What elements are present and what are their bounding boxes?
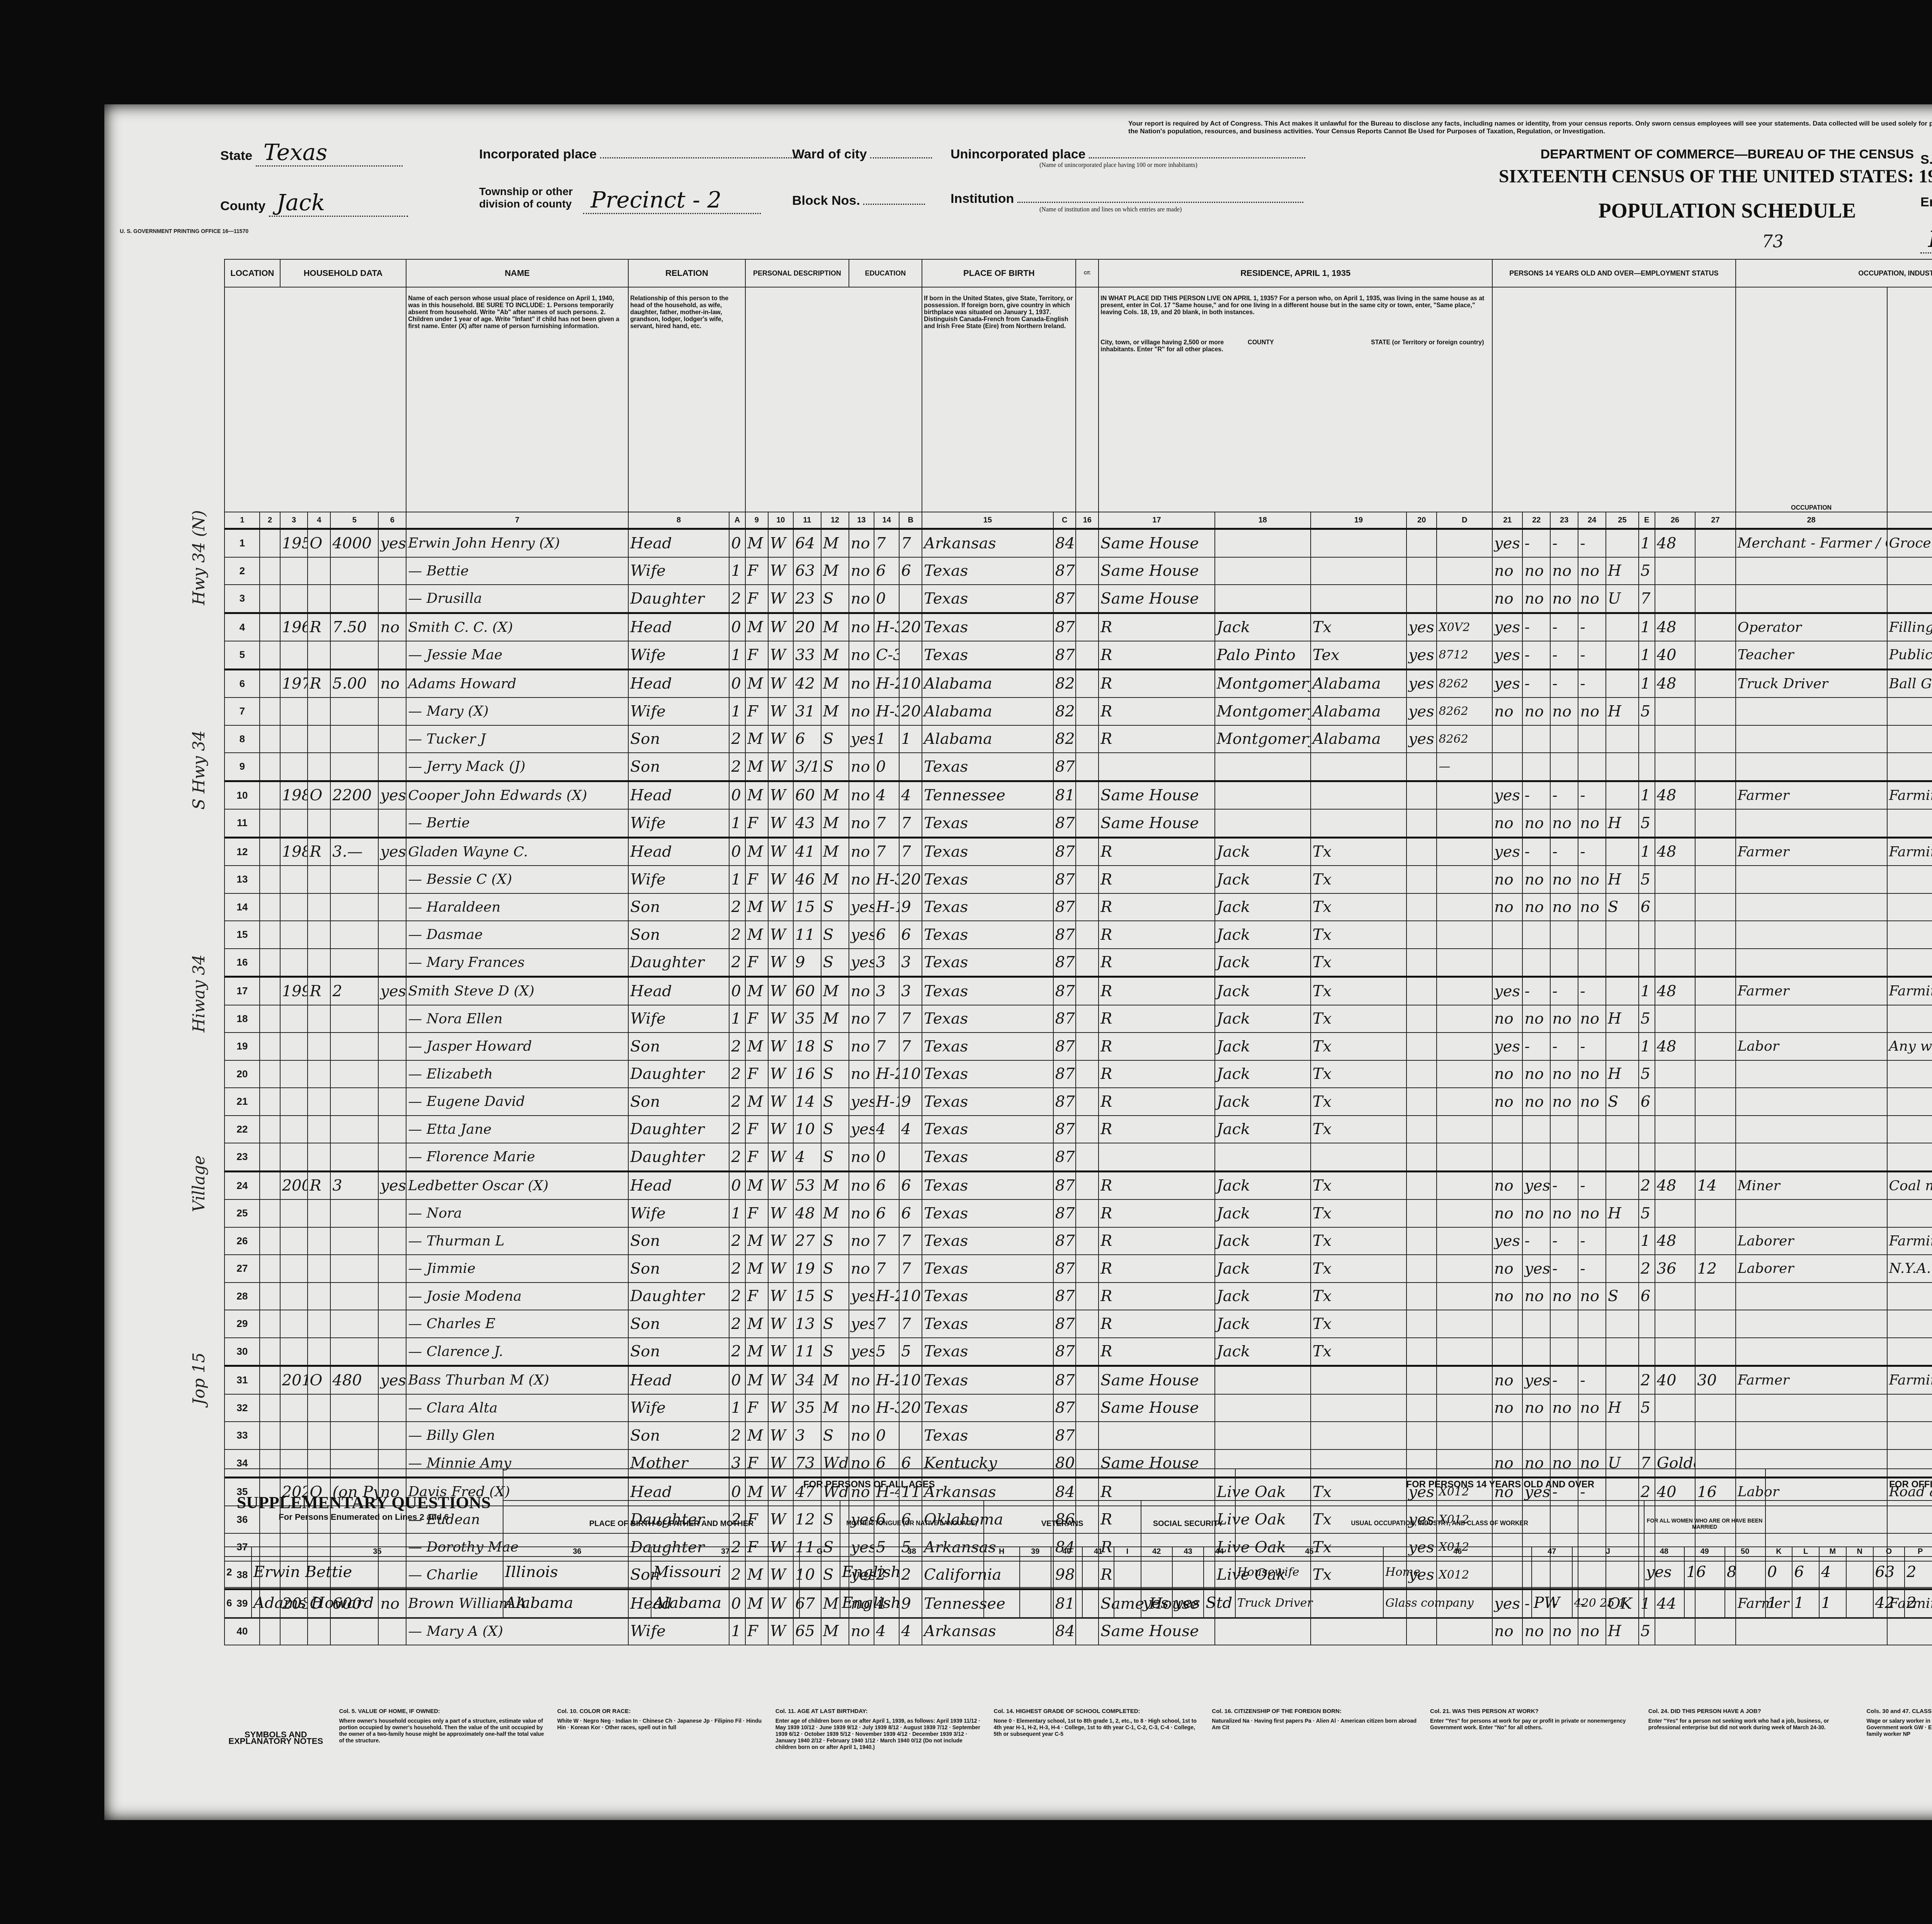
cell-street	[260, 1171, 280, 1199]
cell-race: W	[768, 809, 793, 837]
cell-a: 2	[729, 1255, 745, 1283]
table-row: 7— Mary (X)Wife1FW31MnoH-320Alabama82RMo…	[224, 697, 1932, 725]
cell-c: 87	[1053, 866, 1076, 893]
cell-c: 87	[1053, 613, 1076, 641]
cell-res18: Palo Pinto	[1215, 641, 1311, 669]
cell-line: 33	[224, 1422, 260, 1449]
cell-line: 8	[224, 725, 260, 753]
group-residence: RESIDENCE, APRIL 1, 1935	[1099, 259, 1492, 287]
cell-relation: Wife	[628, 809, 729, 837]
cell-relation: Wife	[628, 1005, 729, 1033]
supp-column-number: 48	[1644, 1547, 1685, 1557]
cell-res18: Montgomery	[1215, 669, 1311, 697]
cell-value	[330, 1033, 378, 1060]
cell-c: 82	[1053, 697, 1076, 725]
cell-name: — Nora	[406, 1199, 628, 1227]
cell-c24	[1578, 921, 1606, 949]
cell-name: — Nora Ellen	[406, 1005, 628, 1033]
cell-street	[260, 781, 280, 809]
cell-name: Adams Howard	[406, 669, 628, 697]
cell-street	[260, 1116, 280, 1143]
enumerator-signature: Lonnie D. Shannon	[1920, 226, 1932, 253]
cell-birthplace: Texas	[922, 1338, 1053, 1366]
cell-farm: no	[378, 669, 406, 697]
supp-cell-h	[984, 1587, 1020, 1618]
cell-c26	[1655, 1394, 1695, 1422]
cell-c21: no	[1492, 1060, 1522, 1088]
cell-sex: F	[745, 949, 768, 977]
supp-cell-class: PW	[1532, 1587, 1572, 1618]
cell-farm	[378, 1394, 406, 1422]
cell-industry: Farming	[1887, 1366, 1932, 1394]
cell-c26	[1655, 1310, 1695, 1338]
column-number: 27	[1695, 512, 1736, 529]
cell-name: — Jimmie	[406, 1255, 628, 1283]
cell-occupation	[1736, 1116, 1887, 1143]
cell-res17: R	[1099, 641, 1214, 669]
unincorporated-place-field: Unincorporated place (Name of unincorpor…	[951, 147, 1305, 169]
cell-race: W	[768, 1060, 793, 1088]
cell-c25	[1606, 949, 1639, 977]
cell-house	[280, 921, 308, 949]
supp-column-number: 37	[651, 1547, 799, 1557]
group-personal: PERSONAL DESCRIPTION	[745, 259, 849, 287]
cell-c24	[1578, 1116, 1606, 1143]
cell-a: 2	[729, 893, 745, 921]
cell-birthplace: Texas	[922, 1394, 1053, 1422]
cell-birthplace: Texas	[922, 1310, 1053, 1338]
cell-relation: Son	[628, 1033, 729, 1060]
cell-farm	[378, 1310, 406, 1338]
cell-school: no	[849, 809, 874, 837]
cell-name: Smith Steve D (X)	[406, 977, 628, 1005]
cell-c21	[1492, 725, 1522, 753]
cell-grade: 4	[874, 1618, 899, 1645]
cell-d	[1437, 1618, 1492, 1645]
cell-age: 48	[793, 1199, 821, 1227]
cell-race: W	[768, 1255, 793, 1283]
cell-school: no	[849, 669, 874, 697]
cell-house	[280, 1060, 308, 1088]
cell-res18	[1215, 1143, 1311, 1171]
cell-a: 2	[729, 725, 745, 753]
cell-c23	[1550, 1338, 1578, 1366]
cell-farm	[378, 1143, 406, 1171]
cell-c24: no	[1578, 1088, 1606, 1116]
cell-own: R	[308, 1171, 330, 1199]
cell-birthplace: Texas	[922, 977, 1053, 1005]
cell-a: 2	[729, 1060, 745, 1088]
supp-cell-occupation: Housewife	[1235, 1557, 1384, 1587]
cell-c23: -	[1550, 1255, 1578, 1283]
cell-res20	[1406, 1060, 1437, 1088]
cell-name: — Mary Frances	[406, 949, 628, 977]
cell-a: 2	[729, 1283, 745, 1310]
cell-c27	[1695, 809, 1736, 837]
cell-marital: M	[821, 1366, 849, 1394]
cell-relation: Wife	[628, 1199, 729, 1227]
cell-res20	[1406, 529, 1437, 557]
cell-own	[308, 866, 330, 893]
cell-line: 3	[224, 585, 260, 613]
cell-street	[260, 1033, 280, 1060]
cell-res20	[1406, 585, 1437, 613]
margin-note-4: Village	[189, 1155, 208, 1212]
cell-c23	[1550, 921, 1578, 949]
cell-marital: S	[821, 1422, 849, 1449]
cell-house	[280, 1310, 308, 1338]
cell-c25: H	[1606, 809, 1639, 837]
cell-res17: R	[1099, 1283, 1214, 1310]
cell-c21: no	[1492, 866, 1522, 893]
cell-value	[330, 697, 378, 725]
cell-b: 10	[899, 669, 922, 697]
cell-occupation	[1736, 1283, 1887, 1310]
cell-industry: Farming	[1887, 977, 1932, 1005]
supplementary-section: SUPPLEMENTARY QUESTIONS For Persons Enum…	[224, 1468, 1932, 1619]
cell-cit	[1076, 1060, 1099, 1088]
cell-res17	[1099, 1143, 1214, 1171]
cell-relation: Son	[628, 1310, 729, 1338]
cell-res17: R	[1099, 1088, 1214, 1116]
cell-age: 41	[793, 837, 821, 866]
cell-res19	[1311, 809, 1406, 837]
cell-house	[280, 1227, 308, 1255]
cell-street	[260, 1199, 280, 1227]
cell-c: 87	[1053, 949, 1076, 977]
cell-b: 4	[899, 781, 922, 809]
cell-value	[330, 949, 378, 977]
cell-own	[308, 641, 330, 669]
cell-cit	[1076, 529, 1099, 557]
cell-c21: no	[1492, 557, 1522, 585]
column-number: 20	[1406, 512, 1437, 529]
cell-c23	[1550, 1310, 1578, 1338]
cell-birthplace: Tennessee	[922, 781, 1053, 809]
cell-birthplace: Alabama	[922, 669, 1053, 697]
cell-c: 87	[1053, 809, 1076, 837]
supp-cell-line: 6	[224, 1587, 252, 1618]
birthplace-instructions: If born in the United States, give State…	[922, 287, 1076, 512]
group-education: EDUCATION	[849, 259, 922, 287]
cell-res19: Tx	[1311, 1310, 1406, 1338]
cell-c26	[1655, 1005, 1695, 1033]
cell-c22: -	[1522, 641, 1550, 669]
cell-industry	[1887, 809, 1932, 837]
cell-c25: H	[1606, 1618, 1639, 1645]
cell-c26	[1655, 949, 1695, 977]
cell-c22: -	[1522, 977, 1550, 1005]
state-value: Texas	[256, 139, 403, 167]
cell-a: 1	[729, 557, 745, 585]
supp-cell-c44: Std	[1204, 1587, 1235, 1618]
table-row: 20— ElizabethDaughter2FW16SnoH-210Texas8…	[224, 1060, 1932, 1088]
cell-sex: F	[745, 1116, 768, 1143]
column-number: 18	[1215, 512, 1311, 529]
cell-own	[308, 585, 330, 613]
supp-cell-l: 1	[1792, 1587, 1819, 1618]
cell-farm	[378, 1422, 406, 1449]
cell-age: 43	[793, 809, 821, 837]
cell-res17: R	[1099, 949, 1214, 977]
cell-sex: M	[745, 837, 768, 866]
cell-c23: -	[1550, 977, 1578, 1005]
supp-column-number: 40	[1051, 1547, 1082, 1557]
cell-name: — Etta Jane	[406, 1116, 628, 1143]
column-number: B	[899, 512, 922, 529]
cell-c25: S	[1606, 893, 1639, 921]
cell-line: 4	[224, 613, 260, 641]
group-birthplace: PLACE OF BIRTH	[922, 259, 1076, 287]
cell-b: 6	[899, 557, 922, 585]
cell-res18: Jack	[1215, 1199, 1311, 1227]
cell-street	[260, 613, 280, 641]
cell-school: yes	[849, 1338, 874, 1366]
column-number: 5	[330, 512, 378, 529]
cell-res18: Jack	[1215, 1338, 1311, 1366]
cell-street	[260, 1394, 280, 1422]
cell-c25: H	[1606, 1005, 1639, 1033]
cell-sex: F	[745, 1618, 768, 1645]
supp-cell-i	[1114, 1557, 1141, 1587]
township-value: Precinct - 2	[583, 187, 761, 214]
cell-c: 87	[1053, 1338, 1076, 1366]
cell-school: no	[849, 866, 874, 893]
cell-value	[330, 641, 378, 669]
cell-relation: Wife	[628, 557, 729, 585]
cell-house: 198	[280, 781, 308, 809]
cell-name: — Jerry Mack (J)	[406, 753, 628, 781]
cell-res18: Jack	[1215, 949, 1311, 977]
cell-street	[260, 1338, 280, 1366]
cell-c: 87	[1053, 641, 1076, 669]
notes-title: SYMBOLS AND EXPLANATORY NOTES	[224, 1708, 327, 1812]
cell-d: 8262	[1437, 697, 1492, 725]
cell-birthplace: Texas	[922, 949, 1053, 977]
cell-c: 81	[1053, 781, 1076, 809]
cell-race: W	[768, 1199, 793, 1227]
cell-school: no	[849, 529, 874, 557]
supp-cell-c41	[1082, 1557, 1114, 1587]
note-heading: Col. 16. CITIZENSHIP OF THE FOREIGN BORN…	[1212, 1708, 1418, 1715]
cell-sex: F	[745, 557, 768, 585]
cell-own	[308, 949, 330, 977]
cell-line: 2	[224, 557, 260, 585]
cell-age: 16	[793, 1060, 821, 1088]
cell-industry: Filling Station	[1887, 613, 1932, 641]
note-heading: Col. 11. AGE AT LAST BIRTHDAY:	[776, 1708, 982, 1715]
cell-line: 11	[224, 809, 260, 837]
cell-value	[330, 585, 378, 613]
cell-school: no	[849, 1366, 874, 1394]
cell-age: 31	[793, 697, 821, 725]
cell-grade: 7	[874, 1033, 899, 1060]
institution-field: Institution (Name of institution and lin…	[951, 191, 1303, 213]
cell-age: 9	[793, 949, 821, 977]
cell-name: — Mary A (X)	[406, 1618, 628, 1645]
table-row: 9— Jerry Mack (J)Son2MW3/12Sno0Texas87—	[224, 753, 1932, 781]
cell-farm	[378, 1116, 406, 1143]
cell-occupation: Laborer	[1736, 1227, 1887, 1255]
supp-cell-mother: Alabama	[651, 1587, 799, 1618]
table-row: 27— JimmieSon2MW19Sno77Texas87RJackTxnoy…	[224, 1255, 1932, 1283]
cell-school: yes	[849, 1088, 874, 1116]
cell-c24: no	[1578, 1060, 1606, 1088]
cell-street	[260, 641, 280, 669]
cell-c25: S	[1606, 1283, 1639, 1310]
cell-age: 19	[793, 1255, 821, 1283]
cell-relation: Head	[628, 1366, 729, 1394]
cell-own	[308, 1255, 330, 1283]
cell-occupation: Teacher	[1736, 641, 1887, 669]
cell-res17: R	[1099, 613, 1214, 641]
cell-cit	[1076, 697, 1099, 725]
cell-e	[1639, 1116, 1655, 1143]
cell-c22: no	[1522, 1005, 1550, 1033]
cell-birthplace: Texas	[922, 1255, 1053, 1283]
supp-cell-father: Alabama	[503, 1587, 651, 1618]
cell-c21: yes	[1492, 529, 1522, 557]
cell-e: 6	[1639, 893, 1655, 921]
cell-occupation	[1736, 809, 1887, 837]
cell-c: 84	[1053, 1618, 1076, 1645]
cell-street	[260, 1618, 280, 1645]
supp-column-number: 49	[1684, 1547, 1725, 1557]
cell-house	[280, 893, 308, 921]
cell-age: 6	[793, 725, 821, 753]
cell-b: 7	[899, 1005, 922, 1033]
cell-occupation: Labor	[1736, 1033, 1887, 1060]
note-section: Col. 10. COLOR OR RACE:White W · Negro N…	[557, 1708, 764, 1812]
supp-cell-code2: 420 25 1	[1572, 1587, 1644, 1618]
supp-column-number: N	[1846, 1547, 1873, 1557]
supp-cell-c42	[1141, 1557, 1172, 1587]
cell-res20	[1406, 1283, 1437, 1310]
cell-line: 15	[224, 921, 260, 949]
cell-line: 19	[224, 1033, 260, 1060]
cell-c23: no	[1550, 1394, 1578, 1422]
table-row: 15— DasmaeSon2MW11Syes66Texas87RJackTx	[224, 921, 1932, 949]
cell-birthplace: Texas	[922, 1143, 1053, 1171]
cell-own	[308, 1005, 330, 1033]
cell-c27	[1695, 1005, 1736, 1033]
cell-grade: 6	[874, 1199, 899, 1227]
cell-farm	[378, 1227, 406, 1255]
cell-industry	[1887, 1394, 1932, 1422]
cell-industry	[1887, 1338, 1932, 1366]
supp-cell-line: 2	[224, 1557, 252, 1587]
cell-occupation	[1736, 1005, 1887, 1033]
cell-res18	[1215, 1422, 1311, 1449]
cell-c23: -	[1550, 1366, 1578, 1394]
population-table: LOCATION HOUSEHOLD DATA NAME RELATION PE…	[224, 259, 1932, 1645]
supp-cell-language: English	[840, 1557, 984, 1587]
supp-column-number: O	[1873, 1547, 1905, 1557]
cell-farm	[378, 893, 406, 921]
cell-school: no	[849, 641, 874, 669]
cell-own: R	[308, 669, 330, 697]
margin-note-5: Jop 15	[189, 1352, 208, 1405]
cell-res17: Same House	[1099, 781, 1214, 809]
cell-c: 87	[1053, 1088, 1076, 1116]
cell-res18	[1215, 753, 1311, 781]
margin-note-1: Hwy 34 (N)	[189, 510, 208, 605]
cell-c26	[1655, 725, 1695, 753]
cell-c: 87	[1053, 921, 1076, 949]
cell-c: 84	[1053, 529, 1076, 557]
cell-b: 7	[899, 1310, 922, 1338]
cell-relation: Daughter	[628, 1283, 729, 1310]
cell-res17: R	[1099, 1060, 1214, 1088]
cell-occupation	[1736, 921, 1887, 949]
cell-industry	[1887, 697, 1932, 725]
cell-school: no	[849, 781, 874, 809]
cell-c23	[1550, 1143, 1578, 1171]
cell-a: 1	[729, 697, 745, 725]
cell-birthplace: Texas	[922, 1227, 1053, 1255]
cell-c27	[1695, 977, 1736, 1005]
cell-b: 9	[899, 1088, 922, 1116]
cell-value	[330, 1394, 378, 1422]
cell-line: 6	[224, 669, 260, 697]
cell-street	[260, 529, 280, 557]
table-row: 4196R7.50noSmith C. C. (X)Head0MW20MnoH-…	[224, 613, 1932, 641]
cell-c26	[1655, 1283, 1695, 1310]
margin-note-3: Hiway 34	[189, 954, 208, 1033]
cell-c: 87	[1053, 1422, 1076, 1449]
column-number: 4	[308, 512, 330, 529]
cell-c22: no	[1522, 585, 1550, 613]
table-row: 23— Florence MarieDaughter2FW4Sno0Texas8…	[224, 1143, 1932, 1171]
cell-race: W	[768, 1171, 793, 1199]
cell-street	[260, 1310, 280, 1338]
column-number: 12	[821, 512, 849, 529]
supp-cell-m: 4	[1819, 1557, 1846, 1587]
cell-grade: 7	[874, 529, 899, 557]
cell-occupation	[1736, 893, 1887, 921]
cell-industry	[1887, 557, 1932, 585]
cell-race: W	[768, 641, 793, 669]
cell-d: 8262	[1437, 725, 1492, 753]
cell-c21: yes	[1492, 781, 1522, 809]
cell-c21: no	[1492, 809, 1522, 837]
cell-farm	[378, 725, 406, 753]
cell-c21	[1492, 1310, 1522, 1338]
cell-school: no	[849, 1199, 874, 1227]
cell-farm: no	[378, 613, 406, 641]
group-location: LOCATION	[224, 259, 280, 287]
cell-res17: Same House	[1099, 1394, 1214, 1422]
cell-industry: Farming	[1887, 1227, 1932, 1255]
cell-c27	[1695, 893, 1736, 921]
cell-industry: Any work	[1887, 1033, 1932, 1060]
cell-d: —	[1437, 753, 1492, 781]
cell-d	[1437, 1366, 1492, 1394]
cell-a: 2	[729, 1033, 745, 1060]
cell-c23: -	[1550, 669, 1578, 697]
cell-own	[308, 1618, 330, 1645]
cell-cit	[1076, 1338, 1099, 1366]
cell-cit	[1076, 1088, 1099, 1116]
cell-c21: no	[1492, 1394, 1522, 1422]
cell-birthplace: Texas	[922, 613, 1053, 641]
cell-occupation	[1736, 1143, 1887, 1171]
cell-age: 10	[793, 1116, 821, 1143]
cell-grade: 7	[874, 837, 899, 866]
cell-age: 3/12	[793, 753, 821, 781]
cell-res18: Jack	[1215, 1227, 1311, 1255]
cell-res18: Jack	[1215, 1283, 1311, 1310]
